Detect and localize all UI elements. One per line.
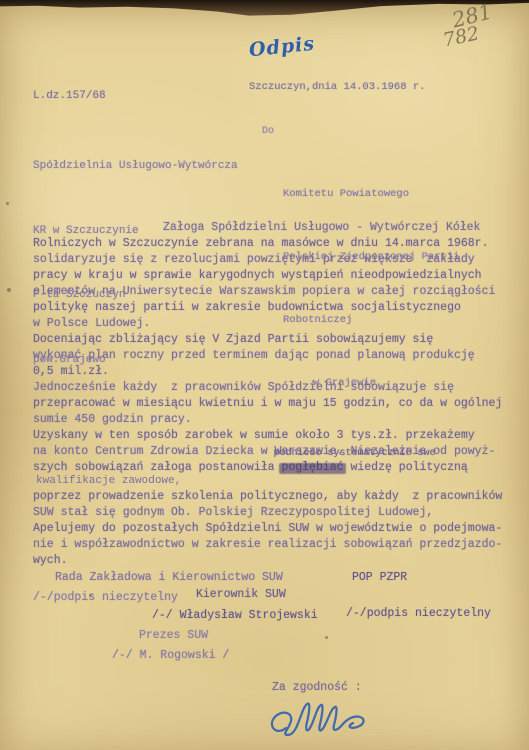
body-line: wych. <box>33 553 504 569</box>
body-line: w Polsce Ludowej. <box>33 316 504 332</box>
handwritten-signature-scrawl <box>266 692 386 745</box>
body-line: Jednocześnie każdy z pracowników Spółdzi… <box>33 380 504 396</box>
body-line: nie i współzawodnictwo w zakresie realiz… <box>33 537 504 553</box>
handwritten-page-number: 782 <box>441 22 481 51</box>
body-line: Doceniając zbliżający się V Zjazd Partii… <box>33 332 504 348</box>
handwritten-copy-label: Odpis <box>248 33 316 62</box>
signature-party: /-/podpis nieczytelny <box>346 607 491 620</box>
reference-number: L.dz.157/68 <box>33 90 106 102</box>
body-line: elementów na Uniwersytecie Warszawskim p… <box>33 284 504 300</box>
correction-after: wiedzę polityczną <box>344 461 468 474</box>
signature-ink-icon <box>266 692 386 740</box>
sender-line: Spółdzielnia Usługowo-Wytwórcza <box>33 156 238 178</box>
strikeout-overlay <box>279 463 345 474</box>
signature-left: /-/podpis nieczytelny <box>33 591 178 604</box>
signature-manager: /-/ Władysław Strojewski <box>152 609 318 622</box>
recipient-line: Komitetu Powiatowego <box>283 184 459 205</box>
paper-speck <box>325 636 328 639</box>
body-line: przepracować w miesiącu kwietniu i w maj… <box>33 396 504 412</box>
signature-party-title: POP PZPR <box>352 571 407 584</box>
body-line: Załoga Spółdzielni Usługowo - Wytwórczej… <box>33 220 504 236</box>
signature-manager-title: Kierownik SUW <box>196 588 286 601</box>
body-line: politykę naszej partii w zakresie budown… <box>33 300 504 316</box>
typed-insertion-above: podnieść systematycznie swe <box>273 446 435 462</box>
signature-president-title: Prezes SUW <box>139 629 208 642</box>
body-line: Apelujemy do pozostałych Spółdzielni SUW… <box>33 521 504 537</box>
body-line: solidaryzuje się z rezolucjami powziętym… <box>33 252 504 268</box>
signature-left-title: Rada Zakładowa i Kierownictwo SUW <box>55 571 283 584</box>
body-line: pracy w kraju w sprawie karygodnych wyst… <box>33 268 504 284</box>
struck-word: podnieść systematycznie swepogłębiać <box>281 460 343 476</box>
body-line: Rolniczych w Szczuczynie zebrana na masó… <box>33 236 504 252</box>
paper-speck <box>6 202 9 205</box>
signature-president: /-/ M. Rogowski / <box>112 649 229 662</box>
recipient-intro: Do <box>262 126 274 137</box>
dateline: Szczuczyn,dnia 14.03.1968 r. <box>249 81 425 93</box>
paper-speck <box>7 288 11 292</box>
body-line: SUW stał się godnym Ob. Polskiej Rzeczyp… <box>33 505 504 521</box>
body-line: 0,5 mil.zł. <box>33 364 504 380</box>
body-line: Uzyskany w ten sposób zarobek w sumie ok… <box>33 428 504 444</box>
body-line: sumie 450 godzin pracy. <box>33 412 504 428</box>
body-line: wykonać plan roczny przed terminem dając… <box>33 348 504 364</box>
document-page: Odpis 281 782 Szczuczyn,dnia 14.03.1968 … <box>0 0 529 750</box>
letter-body: Załoga Spółdzielni Usługowo - Wytwórczej… <box>33 220 504 569</box>
body-line: poprzez prowadzenie szkolenia polityczne… <box>33 489 504 505</box>
